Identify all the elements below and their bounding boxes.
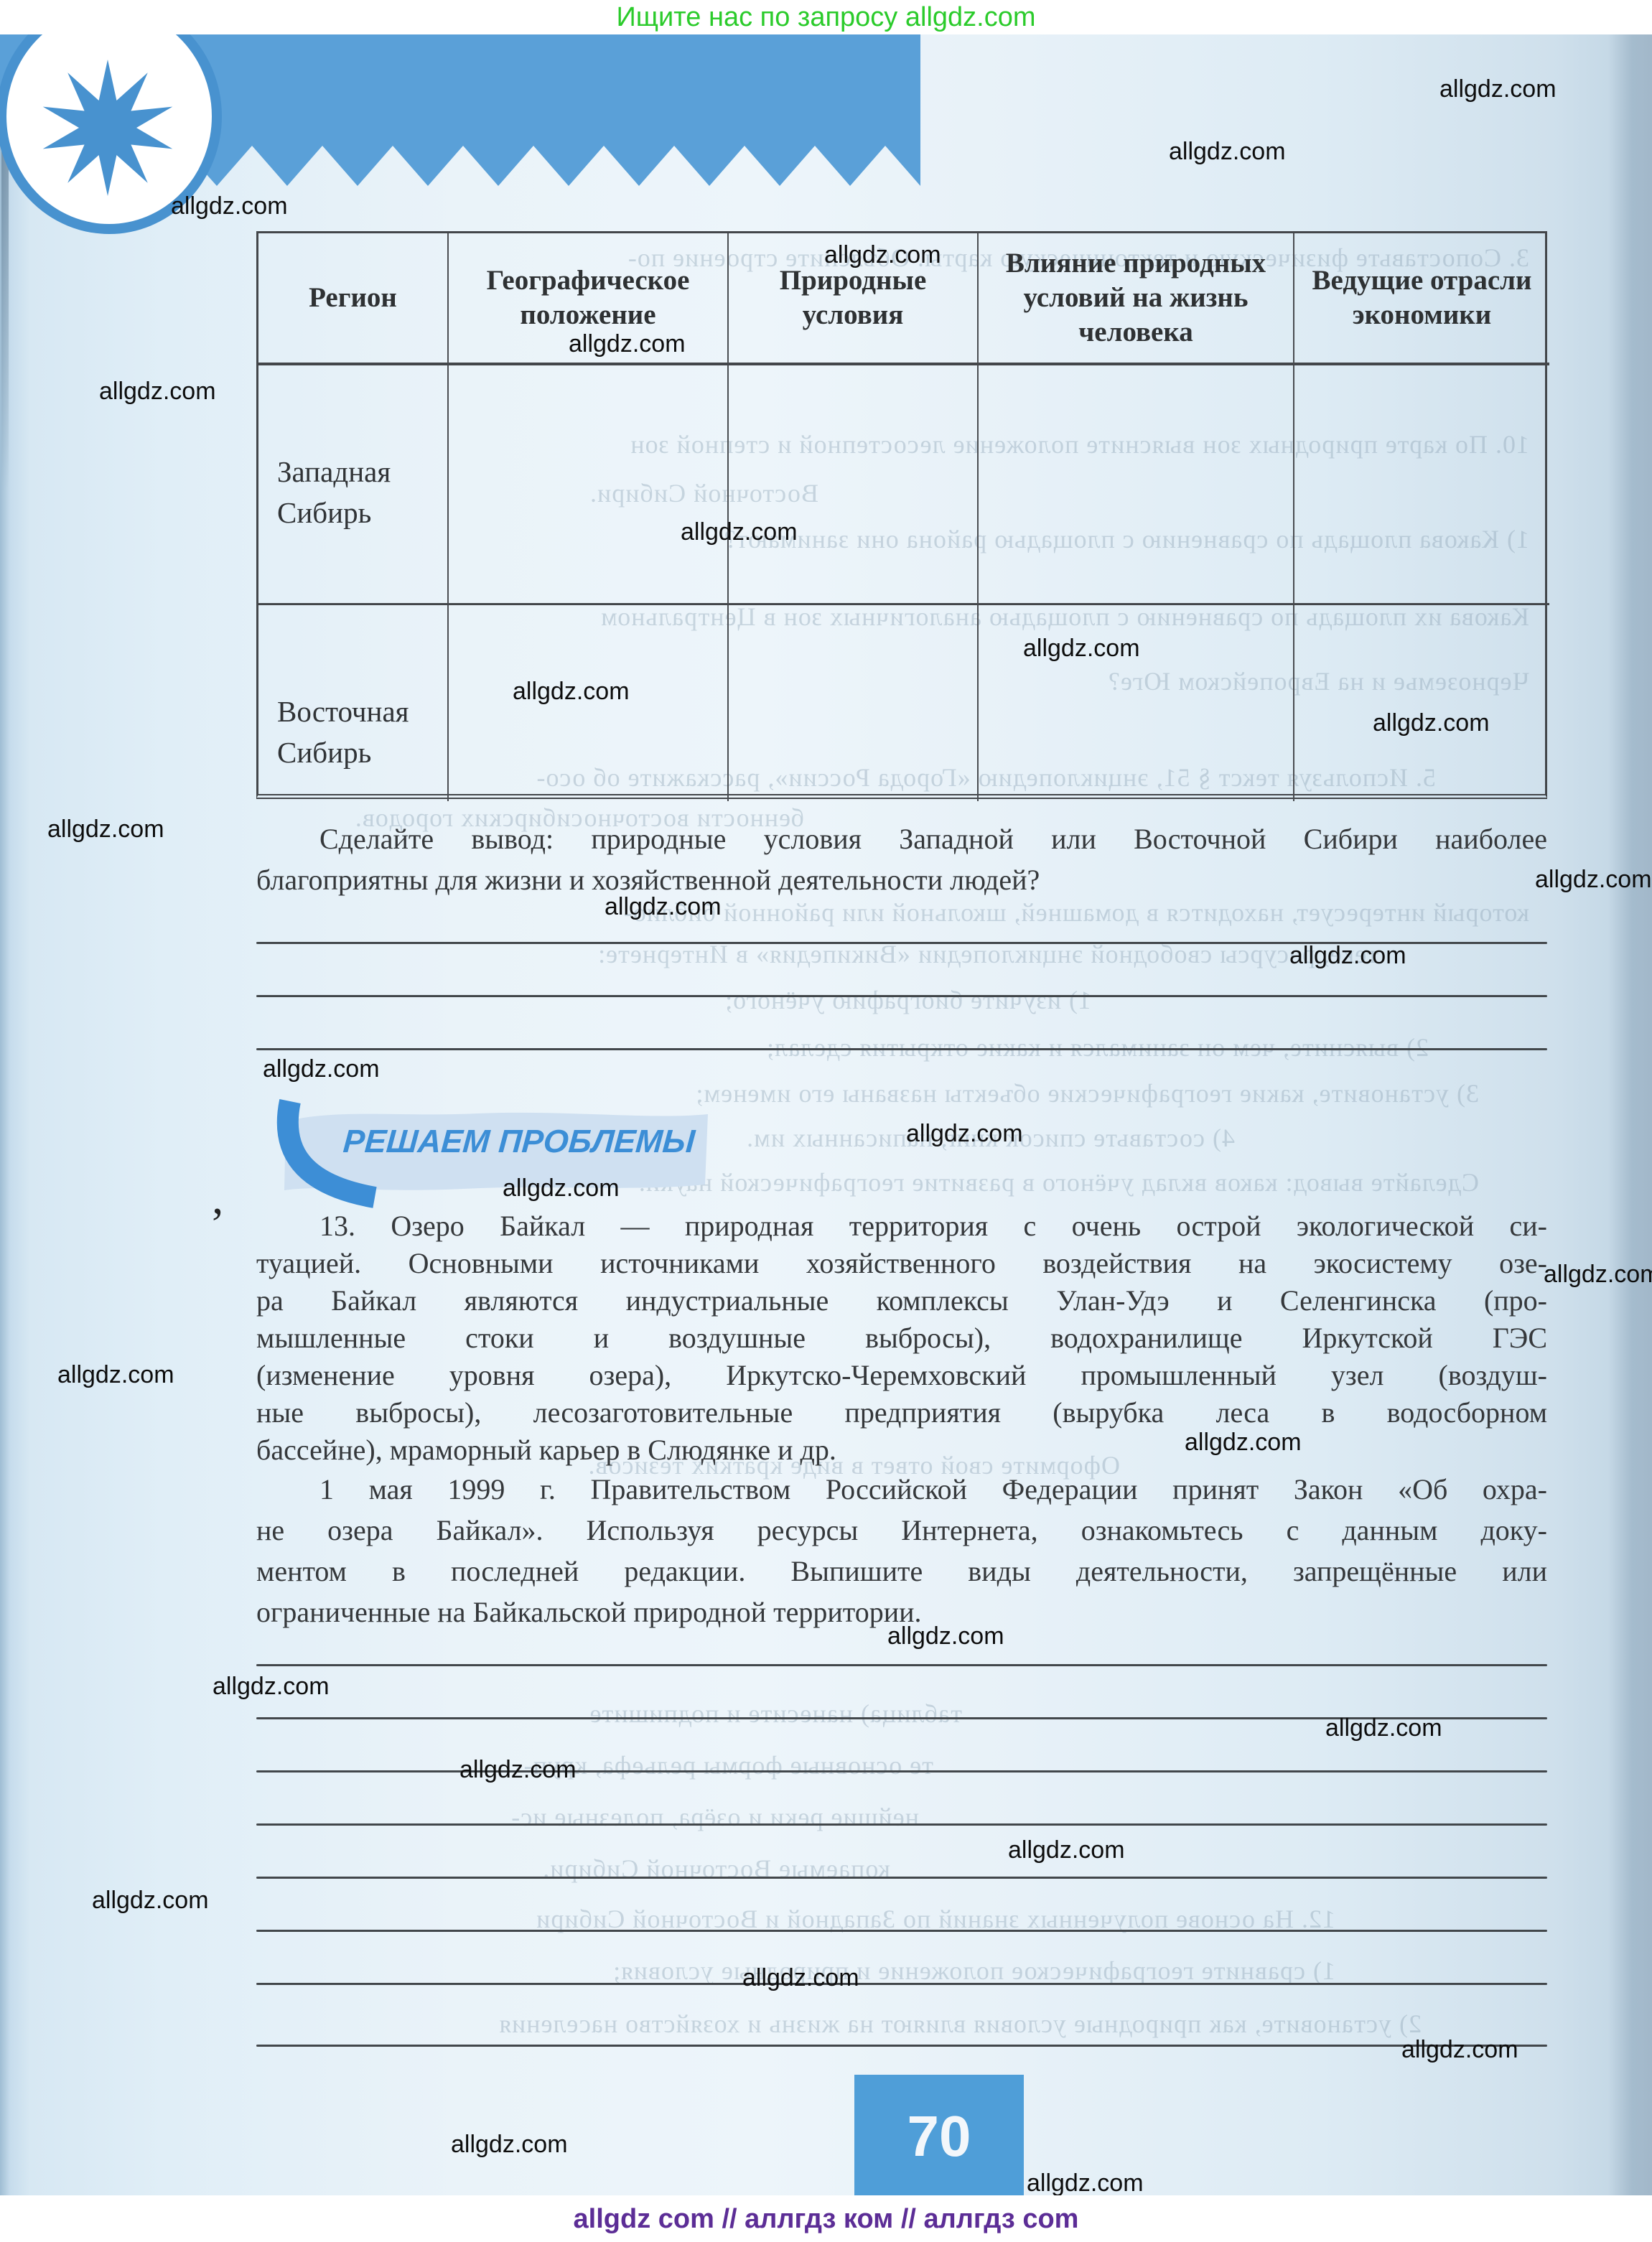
text-line: ные выбросы), лесозаготовительные предпр…	[256, 1394, 1547, 1431]
answer-rule-line	[256, 1823, 1547, 1826]
page-number: 70	[907, 2103, 971, 2169]
site-watermark: allgdz.com	[1027, 2169, 1144, 2197]
text-line: бассейне), мраморный карьер в Слюдянке и…	[256, 1431, 1547, 1469]
text-line: (изменение уровня озера), Иркутско-Черем…	[256, 1357, 1547, 1394]
site-watermark: allgdz.com	[1185, 1429, 1302, 1457]
site-watermark: allgdz.com	[1008, 1836, 1125, 1864]
page-number-box: 70	[854, 2075, 1024, 2198]
answer-rule-line	[256, 2045, 1547, 2047]
site-watermark: allgdz.com	[263, 1055, 380, 1083]
site-watermark: allgdz.com	[1023, 635, 1140, 663]
site-watermark: allgdz.com	[1373, 709, 1490, 737]
site-watermark: allgdz.com	[742, 1964, 859, 1992]
site-watermark: allgdz.com	[1439, 75, 1557, 103]
site-watermark: allgdz.com	[906, 1120, 1023, 1148]
task13-paragraph: 13. Озеро Байкал — природная территория …	[256, 1208, 1547, 1469]
site-watermark: allgdz.com	[569, 330, 686, 358]
site-watermark: allgdz.com	[171, 192, 288, 220]
answer-rule-line	[256, 1664, 1547, 1666]
site-watermark: allgdz.com	[57, 1361, 174, 1389]
text-line: ра Байкал являются индустриальные компле…	[256, 1282, 1547, 1319]
answer-rule-line	[256, 1877, 1547, 1879]
answer-rule-line	[256, 1930, 1547, 1932]
site-watermark: allgdz.com	[513, 678, 630, 706]
site-watermark: allgdz.com	[1325, 1714, 1442, 1742]
problems-banner-label: РЕШАЕМ ПРОБЛЕМЫ	[342, 1123, 689, 1160]
site-watermark: allgdz.com	[681, 518, 798, 546]
site-watermark: allgdz.com	[1169, 138, 1286, 166]
text-line: ментом в последней редакции. Выпишите ви…	[256, 1551, 1547, 1592]
promo-text: Ищите нас по запросу allgdz.com	[0, 1, 1652, 33]
problems-banner	[0, 0, 1652, 2242]
site-watermark: allgdz.com	[824, 241, 941, 269]
site-watermark: allgdz.com	[451, 2131, 568, 2159]
answer-rule-line	[256, 1048, 1547, 1050]
site-watermark: allgdz.com	[47, 816, 164, 844]
footer-site-text: allgdz com // аллгдз ком // аллгдз com	[0, 2203, 1652, 2236]
task13-law-paragraph: 1 мая 1999 г. Правительством Российской …	[256, 1469, 1547, 1633]
site-watermark: allgdz.com	[1289, 942, 1406, 970]
site-watermark: allgdz.com	[213, 1673, 330, 1701]
answer-rule-line	[256, 995, 1547, 997]
answer-rule-line	[256, 1770, 1547, 1772]
answer-rule-line	[256, 1983, 1547, 1985]
site-watermark: allgdz.com	[887, 1622, 1004, 1650]
site-watermark: allgdz.com	[503, 1174, 620, 1202]
site-watermark: allgdz.com	[99, 378, 216, 406]
site-watermark: allgdz.com	[605, 893, 722, 921]
site-watermark: allgdz.com	[1544, 1261, 1652, 1289]
text-line: 1 мая 1999 г. Правительством Российской …	[256, 1469, 1547, 1510]
stray-mark: ’	[210, 1197, 225, 1251]
workbook-scan-page: 3. Сопоставьте физическую и тектоническу…	[0, 0, 1652, 2242]
site-watermark: allgdz.com	[1401, 2036, 1518, 2064]
text-line: не озера Байкал». Используя ресурсы Инте…	[256, 1510, 1547, 1551]
site-watermark: allgdz.com	[459, 1756, 577, 1784]
text-line: мышленные стоки и воздушные выбросы), во…	[256, 1319, 1547, 1357]
site-watermark: allgdz.com	[92, 1887, 209, 1915]
text-line: туацией. Основными источниками хозяйстве…	[256, 1245, 1547, 1282]
text-line: 13. Озеро Байкал — природная территория …	[256, 1208, 1547, 1245]
site-watermark: allgdz.com	[1535, 866, 1652, 894]
